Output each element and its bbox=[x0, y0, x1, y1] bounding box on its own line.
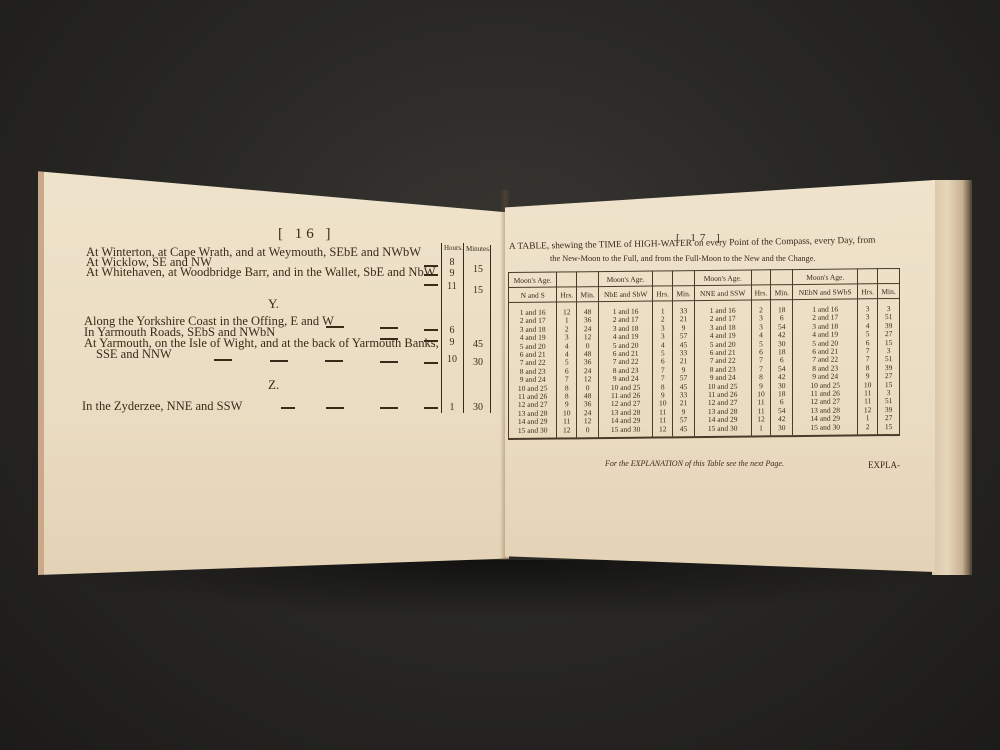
blank-header bbox=[653, 271, 673, 286]
hours-value: 9 bbox=[440, 268, 464, 279]
min-cell: 3 bbox=[878, 298, 900, 313]
minutes-value: 30 bbox=[466, 402, 490, 413]
hrs-cell: 12 bbox=[557, 426, 577, 439]
point-header: NEbN and SWbS bbox=[793, 284, 858, 300]
hrs-header: Hrs. bbox=[751, 285, 771, 300]
blank-header bbox=[771, 270, 793, 285]
min-cell: 33 bbox=[673, 301, 695, 316]
moon-age-cell: 15 and 30 bbox=[598, 425, 652, 438]
moon-age-cell: 1 and 16 bbox=[509, 302, 557, 317]
leader-dash bbox=[380, 407, 398, 409]
hrs-header: Hrs. bbox=[557, 287, 577, 302]
leader-dash bbox=[380, 338, 398, 340]
entry-text: In the Zyderzee, NNE and SSW bbox=[82, 400, 242, 413]
min-cell: 45 bbox=[673, 425, 695, 438]
hours-value: 10 bbox=[440, 354, 464, 365]
hours-value: 8 bbox=[440, 257, 464, 268]
leader-dash bbox=[424, 265, 438, 267]
leader-dash bbox=[424, 274, 438, 276]
min-cell: 18 bbox=[771, 300, 793, 315]
left-rule-3 bbox=[490, 245, 491, 413]
point-header: N and S bbox=[509, 287, 557, 303]
leader-dash bbox=[424, 362, 438, 364]
leader-dash bbox=[281, 407, 295, 409]
min-cell: 15 bbox=[878, 423, 900, 436]
hrs-header: Hrs. bbox=[653, 286, 673, 301]
leader-dash bbox=[326, 326, 344, 328]
moon-age-cell: 1 and 16 bbox=[694, 300, 751, 315]
hrs-cell: 12 bbox=[653, 425, 673, 438]
minutes-value: 15 bbox=[466, 264, 490, 275]
high-water-table: Moon's Age. Moon's Age. Moon's Age. Moon… bbox=[508, 268, 900, 440]
min-header: Min. bbox=[878, 283, 900, 298]
minutes-value: 30 bbox=[466, 357, 490, 368]
minutes-value: 15 bbox=[466, 285, 490, 296]
minutes-header: Minutes. bbox=[466, 245, 491, 253]
page-number-left: [ 16 ] bbox=[278, 226, 335, 243]
left-page bbox=[38, 163, 509, 575]
blank-header bbox=[751, 270, 771, 285]
leader-dash bbox=[424, 407, 438, 409]
hours-value: 1 bbox=[440, 402, 464, 413]
leader-dash bbox=[424, 284, 438, 286]
hours-value: 11 bbox=[440, 281, 464, 292]
hours-value: 9 bbox=[440, 337, 464, 348]
leader-dash bbox=[214, 359, 232, 361]
point-header: NbE and SbW bbox=[598, 286, 652, 302]
blank-header bbox=[878, 268, 900, 283]
moon-age-header: Moon's Age. bbox=[509, 272, 557, 288]
min-header: Min. bbox=[771, 285, 793, 300]
blank-header bbox=[673, 271, 695, 286]
moon-age-cell: 15 and 30 bbox=[509, 426, 557, 439]
table-row: 15 and 3012015 and 30124515 and 3013015 … bbox=[509, 423, 900, 440]
moon-age-cell: 1 and 16 bbox=[793, 299, 858, 315]
point-header: NNE and SSW bbox=[694, 285, 751, 301]
min-cell: 30 bbox=[771, 424, 793, 437]
hrs-cell: 1 bbox=[653, 301, 673, 316]
moon-age-cell: 15 and 30 bbox=[793, 423, 858, 436]
entry-text: At Whitehaven, at Woodbridge Barr, and i… bbox=[86, 266, 436, 279]
section-letter-z: Z. bbox=[268, 377, 279, 393]
blank-header bbox=[577, 272, 599, 287]
blank-header bbox=[557, 272, 577, 287]
hours-header: Hours. bbox=[444, 244, 463, 252]
leader-dash bbox=[326, 407, 344, 409]
leader-dash bbox=[424, 340, 438, 342]
min-header: Min. bbox=[673, 286, 695, 301]
blank-header bbox=[858, 269, 878, 284]
catchword: EXPLA- bbox=[868, 460, 900, 470]
leader-dash bbox=[380, 327, 398, 329]
hrs-cell: 2 bbox=[858, 423, 878, 436]
hrs-cell: 12 bbox=[557, 302, 577, 317]
min-cell: 48 bbox=[577, 302, 599, 317]
leader-dash bbox=[325, 360, 343, 362]
moon-age-cell: 1 and 16 bbox=[598, 301, 652, 316]
min-header: Min. bbox=[577, 287, 599, 302]
table-title-line2: the New-Moon to the Full, and from the F… bbox=[550, 254, 815, 263]
section-letter-y: Y. bbox=[268, 296, 279, 312]
hrs-cell: 2 bbox=[751, 300, 771, 315]
table-body: 1 and 1612481 and 161331 and 162181 and … bbox=[509, 298, 900, 439]
hrs-header: Hrs. bbox=[858, 284, 878, 299]
entry-text: SSE and NNW bbox=[96, 348, 172, 361]
book-fore-edge bbox=[932, 180, 972, 575]
hrs-cell: 1 bbox=[751, 424, 771, 437]
leader-dash bbox=[270, 360, 288, 362]
min-cell: 0 bbox=[577, 426, 599, 439]
hrs-cell: 3 bbox=[858, 299, 878, 314]
table-footnote: For the EXPLANATION of this Table see th… bbox=[605, 459, 784, 468]
moon-age-header: Moon's Age. bbox=[598, 271, 652, 287]
moon-age-header: Moon's Age. bbox=[694, 270, 751, 286]
minutes-value: 45 bbox=[466, 339, 490, 350]
moon-age-header: Moon's Age. bbox=[793, 269, 858, 285]
hours-value: 6 bbox=[440, 325, 464, 336]
leader-dash bbox=[380, 361, 398, 363]
leader-dash bbox=[424, 329, 438, 331]
moon-age-cell: 15 and 30 bbox=[694, 424, 751, 437]
